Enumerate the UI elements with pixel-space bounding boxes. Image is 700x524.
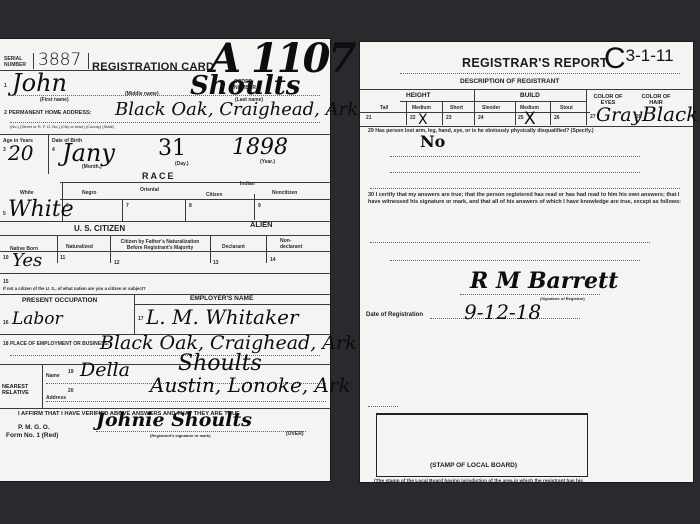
native-born-value: Yes — [12, 250, 42, 271]
dob-year-value: 1898 — [232, 135, 288, 160]
date-of-registration-label: Date of Registration — [366, 312, 423, 318]
occupation-value: Labor — [12, 309, 63, 329]
middle-name-label: (Middle name) — [125, 91, 159, 97]
registration-card-front: REGISTRATION CARD SERIAL NUMBER 3887 ORD… — [0, 39, 330, 481]
place-label: 18 PLACE OF EMPLOYMENT OR BUSINESS: — [3, 341, 109, 347]
race-col-oriental: Oriental — [140, 187, 159, 193]
day-label: (Day.) — [175, 161, 189, 167]
build-heading: BUILD — [520, 92, 540, 99]
first-name-value: John — [12, 69, 67, 97]
citizen-col-father: Citizen by Father's Naturalization Befor… — [115, 239, 205, 251]
hair-color-value: Black — [642, 102, 698, 126]
relative-name-label: Name — [46, 373, 60, 379]
col-short: Short — [450, 105, 463, 111]
stamp-label: (STAMP OF LOCAL BOARD) — [430, 462, 517, 469]
year-label: (Year.) — [260, 159, 275, 165]
col-slender: Slender — [482, 105, 500, 111]
footer-over-mark: (OVER) — [650, 486, 668, 492]
address-value: Black Oak, Craighead, Ark — [115, 99, 358, 120]
q29-label: 29 Has person lost arm, leg, hand, eye, … — [368, 128, 594, 134]
over-mark: (OVER) — [286, 431, 304, 437]
age-value: 20 — [8, 141, 33, 165]
registrar-signature: R M Barrett — [470, 268, 618, 294]
stamp-note: (The stamp of the Local Board having jur… — [374, 479, 594, 491]
race-value: White — [8, 197, 74, 222]
registrars-report-back: REGISTRAR'S REPORT C3-1-11 DESCRIPTION O… — [360, 42, 693, 482]
race-col-white: White — [20, 190, 34, 196]
employer-value: L. M. Whitaker — [146, 305, 299, 329]
col-stout: Stout — [560, 105, 573, 111]
serial-number-value: 3887 — [38, 50, 81, 70]
us-citizen-heading: U. S. CITIZEN — [74, 224, 125, 233]
citizen-col-nondeclarant: Non-declarant — [280, 238, 310, 250]
description-heading: DESCRIPTION OF REGISTRANT — [460, 78, 559, 85]
race-col-noncitizen: Noncitizen — [272, 190, 297, 196]
month-label: (Month.) — [82, 164, 102, 170]
date-of-registration-value: 9-12-18 — [464, 300, 541, 324]
race-col-citizen: Citizen — [206, 192, 222, 198]
form-line-1: P. M. G. O. — [18, 424, 50, 431]
occupation-heading: PRESENT OCCUPATION — [22, 297, 97, 304]
q29-answer: No — [420, 132, 445, 151]
col-tall: Tall — [380, 105, 388, 111]
dob-month-value: Jany — [62, 139, 115, 167]
registrant-signature: Johnie Shoults — [96, 409, 252, 431]
signature-label: (Registrant's signature or mark) — [150, 433, 211, 438]
nearest-relative-label: NEAREST RELATIVE — [2, 384, 38, 396]
employer-heading: EMPLOYER'S NAME — [190, 295, 253, 302]
dob-day-value: 31 — [158, 136, 186, 161]
address-label: 2 PERMANENT HOME ADDRESS: — [4, 110, 92, 116]
first-name-label: (First name) — [40, 97, 69, 103]
relative-address-value: Austin, Lonoke, Ark — [150, 373, 351, 397]
q30-certification: 30 I certify that my answers are true; t… — [368, 192, 686, 206]
citizen-col-naturalized: Naturalized — [66, 244, 93, 250]
col-medium-height: Medium — [412, 105, 431, 111]
serial-number-label: SERIAL NUMBER — [4, 56, 32, 68]
registrar-signature-label: (Signature of Registrar) — [540, 296, 585, 301]
address-sub-labels: (No.) (Street or R. F. D. No.) (City or … — [10, 124, 114, 129]
alien-heading: ALIEN — [250, 220, 273, 229]
q15-label: If not a citizen of the U. S., of what n… — [3, 286, 146, 291]
race-col-indian: Indian — [240, 181, 255, 187]
height-heading: HEIGHT — [406, 92, 431, 99]
report-code: C3-1-11 — [604, 42, 674, 76]
form-line-2: Form No. 1 (Red) — [6, 432, 58, 439]
race-heading: RACE — [142, 171, 176, 181]
report-title: REGISTRAR'S REPORT — [462, 56, 608, 70]
race-col-negro: Negro — [82, 190, 96, 196]
citizen-col-declarant: Declarant — [222, 244, 245, 250]
relative-first-name-value: Della — [80, 359, 130, 381]
